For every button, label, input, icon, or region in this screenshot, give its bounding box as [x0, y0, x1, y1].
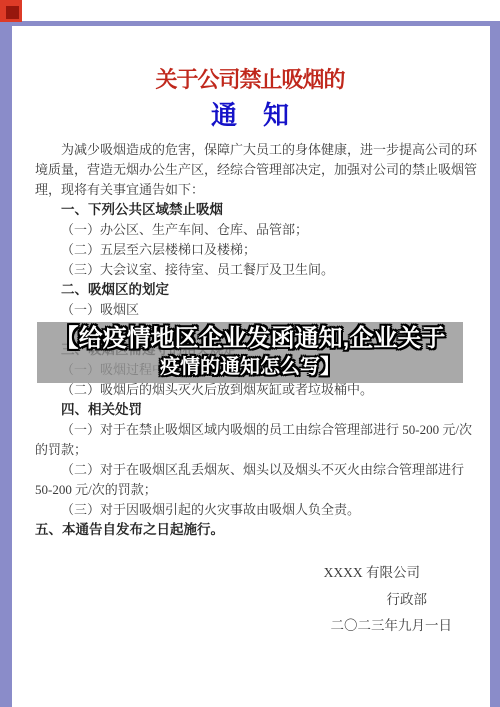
doc-line: 为减少吸烟造成的危害，保障广大员工的身体健康，进一步提高公司的环 — [35, 140, 465, 160]
doc-line: 的罚款； — [35, 440, 465, 460]
doc-line: 理，现将有关事宜通告如下： — [35, 180, 465, 200]
doc-line: 二、吸烟区的划定 — [35, 280, 465, 300]
notice-page: 关于公司禁止吸烟的 通 知 为减少吸烟造成的危害，保障广大员工的身体健康，进一步… — [0, 0, 500, 707]
doc-line: （二）对于在吸烟区乱丢烟灰、烟头以及烟头不灭火由综合管理部进行 — [35, 460, 465, 480]
doc-line: （二）吸烟后的烟头灭火后放到烟灰缸或者垃圾桶中。 — [35, 380, 465, 400]
watermark-overlay: 【给疫情地区企业发函通知,企业关于 疫情的通知怎么写】 — [37, 322, 463, 383]
signature-block: XXXX 有限公司 行政部 二〇二三年九月一日 — [35, 560, 465, 640]
doc-line: （一）吸烟区 — [35, 300, 465, 320]
watermark-line-1: 【给疫情地区企业发函通知,企业关于 — [55, 325, 446, 353]
doc-line: 50-200 元/次的罚款； — [35, 480, 465, 500]
doc-line: 一、下列公共区域禁止吸烟 — [35, 200, 465, 220]
doc-line: 四、相关处罚 — [35, 400, 465, 420]
doc-line: （二）五层至六层楼梯口及楼梯； — [35, 240, 465, 260]
notice-title-subject: 关于公司禁止吸烟的 — [35, 66, 465, 94]
watermark-line-2: 疫情的通知怎么写】 — [160, 353, 340, 381]
signature-company: XXXX 有限公司 — [35, 560, 465, 587]
signature-date: 二〇二三年九月一日 — [35, 613, 465, 640]
signature-department: 行政部 — [35, 587, 465, 614]
doc-line: （三）对于因吸烟引起的火灾事故由吸烟人负全责。 — [35, 500, 465, 520]
page-frame-left-border — [0, 21, 12, 707]
doc-line: （一）对于在禁止吸烟区域内吸烟的员工由综合管理部进行 50-200 元/次 — [35, 420, 465, 440]
page-frame-top-border — [0, 21, 500, 26]
corner-marker-icon — [0, 0, 22, 22]
doc-line: 五、本通告自发布之日起施行。 — [35, 520, 465, 540]
notice-title-main: 通 知 — [35, 100, 465, 130]
doc-line: （一）办公区、生产车间、仓库、品管部； — [35, 220, 465, 240]
doc-line: （三）大会议室、接待室、员工餐厅及卫生间。 — [35, 260, 465, 280]
page-frame-right-border — [490, 21, 500, 707]
corner-marker-inner-icon — [6, 6, 19, 19]
doc-line: 境质量，营造无烟办公生产区，经综合管理部决定，加强对公司的禁止吸烟管 — [35, 160, 465, 180]
